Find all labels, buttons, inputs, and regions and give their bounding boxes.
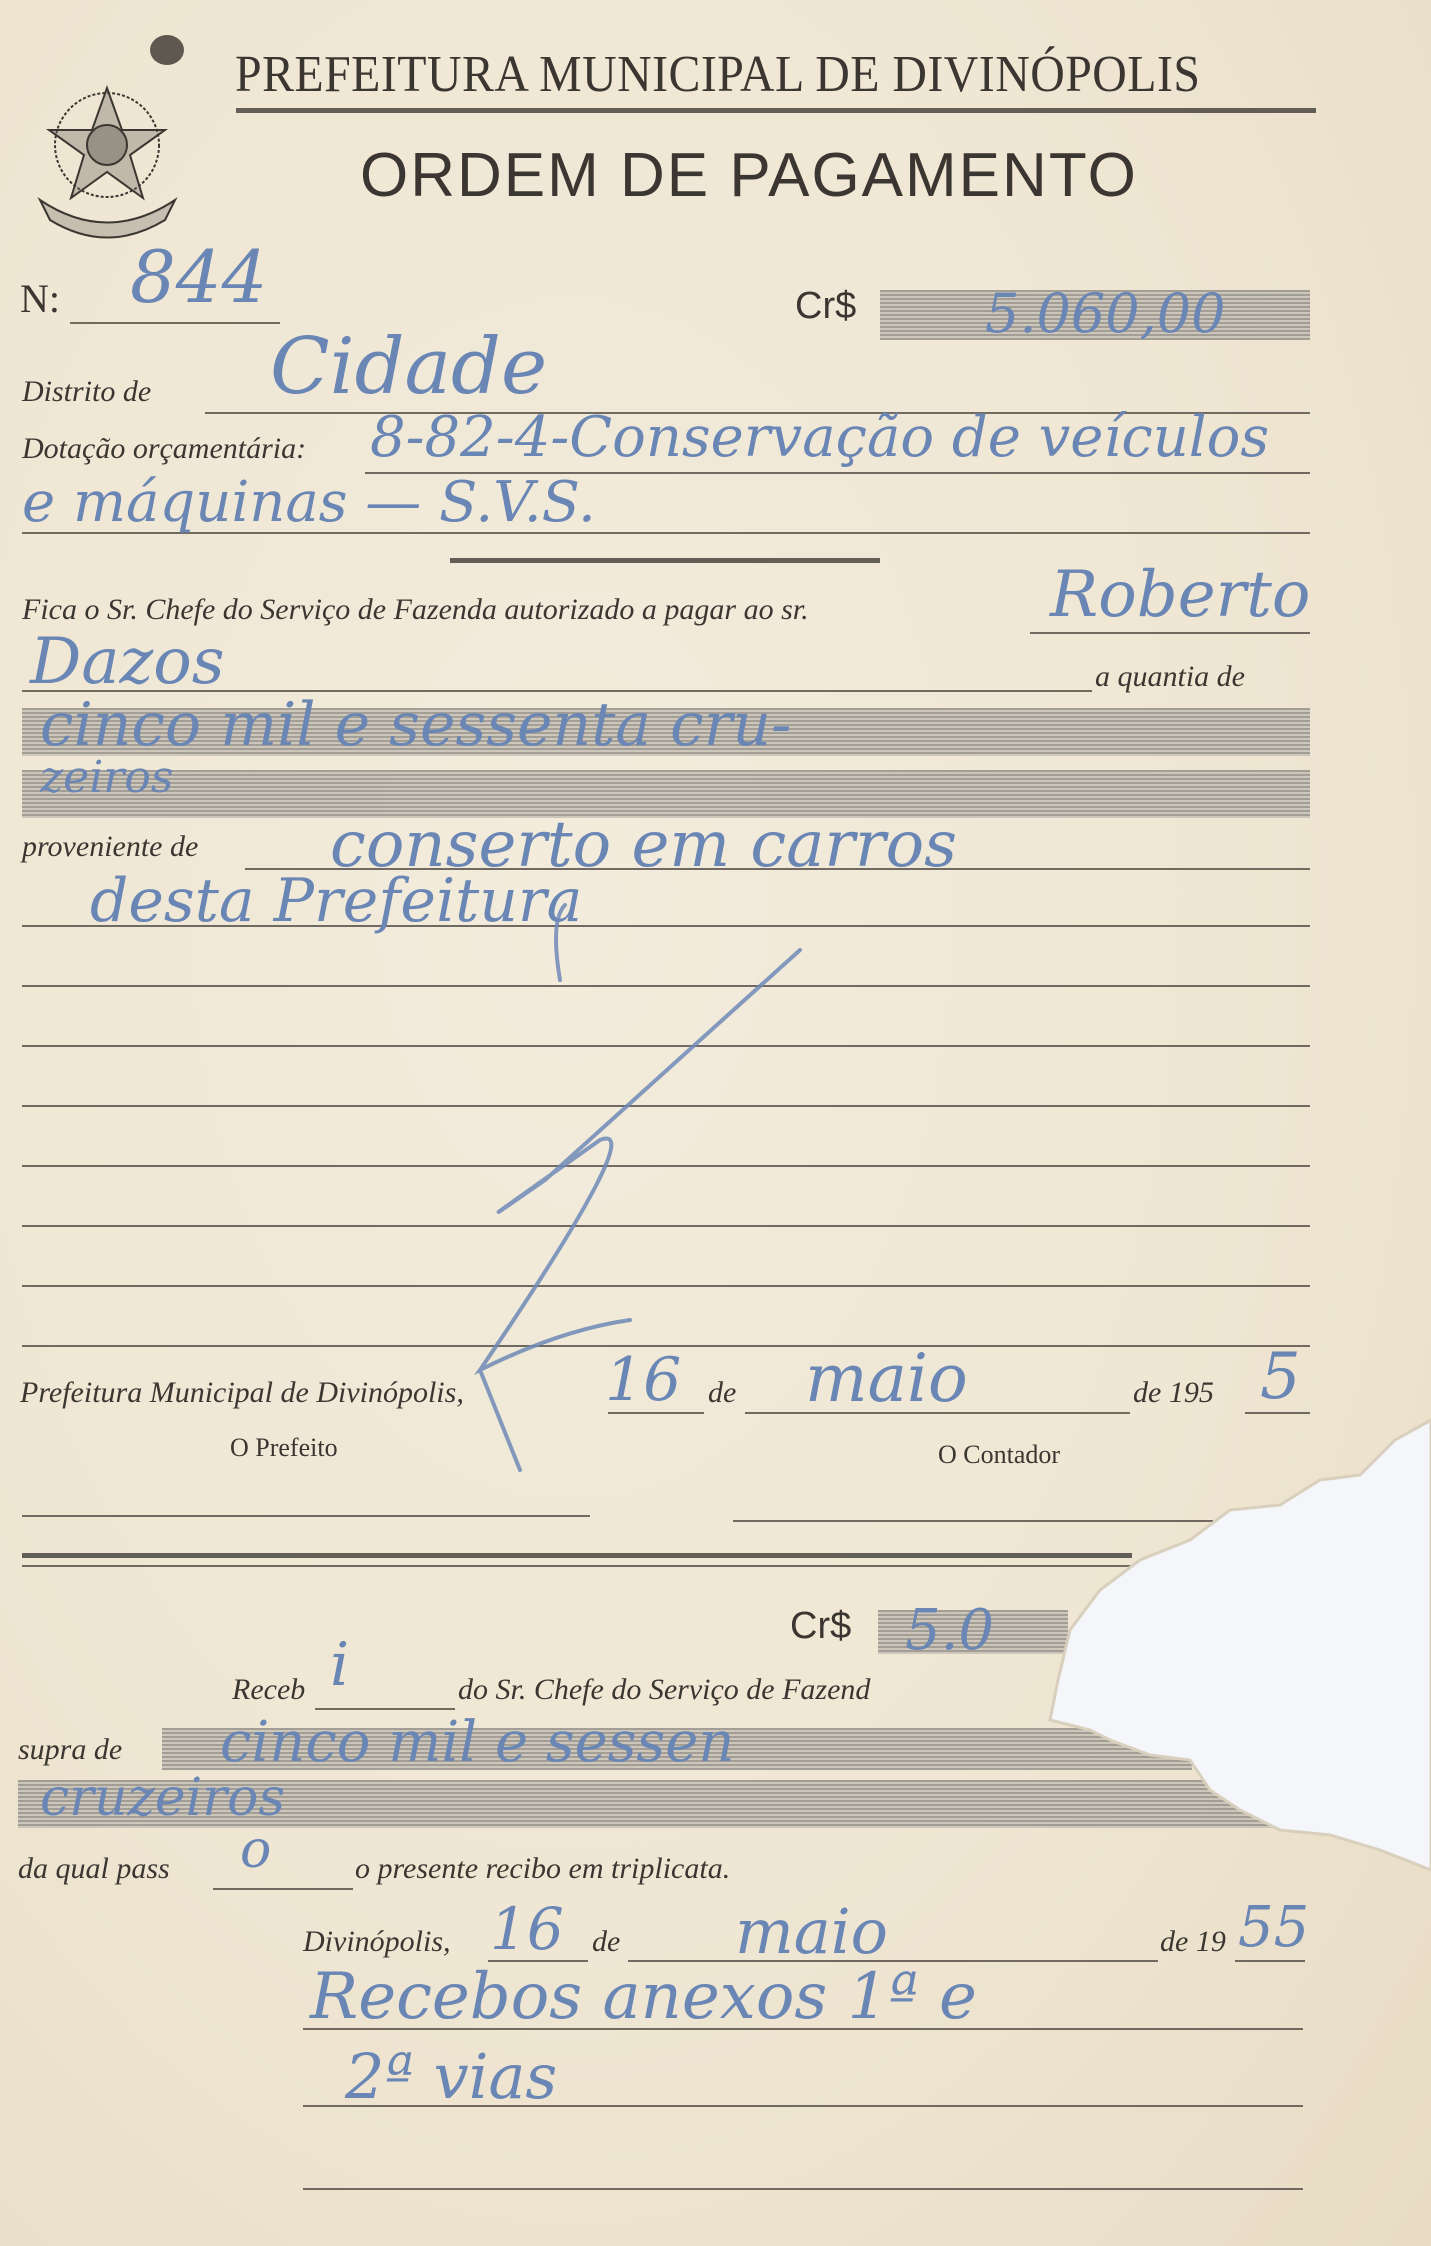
payment-order-document: PREFEITURA MUNICIPAL DE DIVINÓPOLIS ORDE… bbox=[0, 0, 1431, 2246]
torn-paper-area bbox=[0, 0, 1431, 2246]
